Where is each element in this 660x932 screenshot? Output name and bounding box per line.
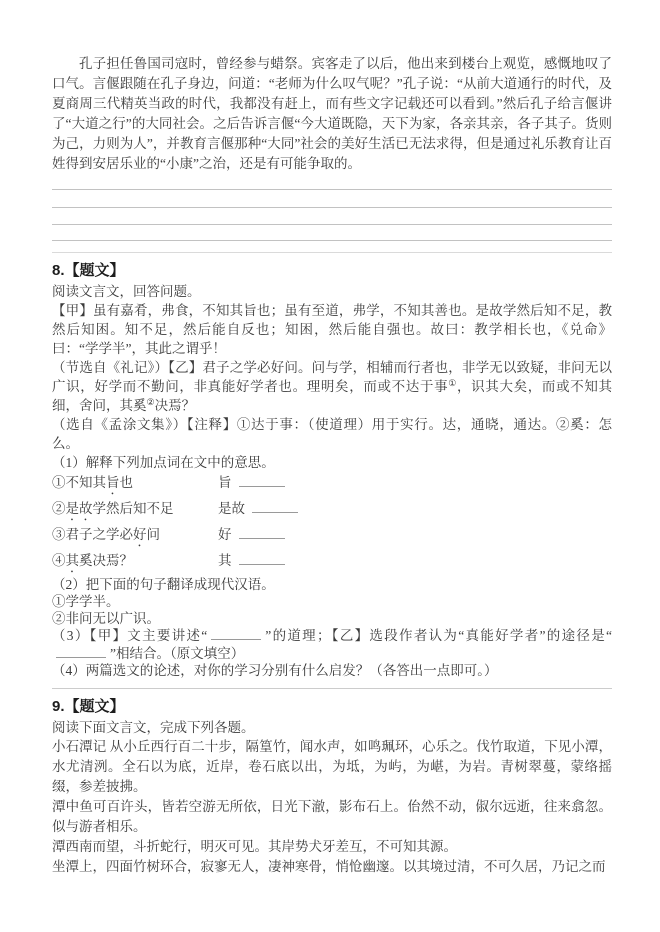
answer-line[interactable] <box>52 190 612 208</box>
answer-lines-block <box>52 180 612 253</box>
vocab-phrase-text: ③君子之学必 <box>52 527 133 542</box>
fill-blank[interactable] <box>56 646 106 658</box>
question-8-heading: 8.【题文】 <box>52 260 612 282</box>
document-page: 孔子担任鲁国司寇时，曾经参与蜡祭。宾客走了以后，他出来到楼台上观览，感慨地叹了口… <box>0 0 660 877</box>
q9-paragraph: 潭中鱼可百许头，皆若空游无所依，日光下澈，影布石上。佁然不动，俶尔远逝，往来翕忽… <box>52 797 612 837</box>
section-divider <box>52 688 612 689</box>
intro-paragraph: 孔子担任鲁国司寇时，曾经参与蜡祭。宾客走了以后，他出来到楼台上观览，感慨地叹了口… <box>52 54 612 174</box>
q9-paragraph-text: 从小丘西行百二十步，隔篁竹，闻水声，如鸣珮环，心乐之。伐竹取道，下见小潭，水尤清… <box>52 739 612 794</box>
question-8-instruction: 阅读文言文，回答问题。 <box>52 282 612 301</box>
q9-paragraph: 坐潭上，四面竹树环合，寂寥无人，凄神寒骨，悄怆幽邃。以其境过清，不可久居，乃记之… <box>52 857 612 877</box>
q9-paragraph: 小石潭记 从小丘西行百二十步，隔篁竹，闻水声，如鸣珮环，心乐之。伐竹取道，下见小… <box>52 737 612 797</box>
translate-sentence-1: ①学学半。 <box>52 593 612 610</box>
question-9-tag: 【题文】 <box>65 698 125 715</box>
question-9-number: 9. <box>52 698 65 715</box>
question-9-heading: 9.【题文】 <box>52 696 612 718</box>
vocab-phrase-text: ④ <box>52 553 66 568</box>
vocab-answer-blank[interactable] <box>239 475 285 487</box>
passage-title: 小石潭记 <box>52 739 106 754</box>
vocab-phrase-text: 学然后知不足 <box>93 501 174 516</box>
vocab-phrase-text: 奚决焉？ <box>79 553 133 568</box>
question-8-number: 8. <box>52 262 65 279</box>
vocab-answer-label: 其 <box>218 550 232 571</box>
answer-line[interactable] <box>52 225 612 241</box>
fill-blank[interactable] <box>211 628 261 640</box>
vocab-answer-label: 是故 <box>218 498 245 519</box>
vocab-dotted-char: 旨 <box>106 475 120 490</box>
footnote-marker-2: ② <box>147 397 155 407</box>
sub-question-4: （4）两篇选文的论述，对你的学习分别有什么启发？（各答出一点即可。） <box>52 662 612 680</box>
question-9-section: 9.【题文】 阅读下面文言文，完成下列各题。 小石潭记 从小丘西行百二十步，隔篁… <box>52 696 612 877</box>
vocab-row: ①不知其旨也 旨 <box>52 472 612 498</box>
vocab-phrase: ②是故学然后知不足 <box>52 498 218 524</box>
answer-line[interactable] <box>52 180 612 190</box>
sub-question-1-label: （1）解释下列加点词在文中的意思。 <box>52 453 612 472</box>
sub-question-3-text: （3）【甲】文主要讲述“ <box>52 628 207 643</box>
sub-question-2: （2）把下面的句子翻译成现代汉语。 ①学学半。 ②非问无以广识。 <box>52 576 612 627</box>
sub-question-3: （3）【甲】文主要讲述“”的道理；【乙】选段作者认为“真能好学者”的途径是“”相… <box>52 627 612 662</box>
question-8-tag: 【题文】 <box>65 262 125 279</box>
vocab-dotted-char: 好 <box>133 527 147 542</box>
vocab-phrase-text: ①不知其 <box>52 475 106 490</box>
vocab-phrase-text: 也 <box>120 475 134 490</box>
answer-line[interactable] <box>52 208 612 225</box>
vocab-phrase-text: 问 <box>147 527 161 542</box>
sub-question-3-text: ”的道理；【乙】选段作者认为“真能好学者”的途径是“ <box>265 628 612 643</box>
vocab-row: ④其奚决焉？ 其 <box>52 550 612 576</box>
footnote-marker-1: ① <box>448 378 457 388</box>
vocab-phrase: ①不知其旨也 <box>52 472 218 498</box>
answer-line[interactable] <box>52 241 612 253</box>
vocab-phrase: ③君子之学必好问 <box>52 524 218 550</box>
vocab-phrase: ④其奚决焉？ <box>52 550 218 576</box>
passage-yi: （节选自《礼记》）【乙】君子之学必好问。问与学，相辅而行者也，非学无以致疑，非问… <box>52 358 612 415</box>
vocab-row: ②是故学然后知不足 是故 <box>52 498 612 524</box>
vocab-phrase-text: ② <box>52 501 66 516</box>
vocab-answer-blank[interactable] <box>239 553 285 565</box>
vocab-answer-blank[interactable] <box>252 501 298 513</box>
sub-question-2-label: （2）把下面的句子翻译成现代汉语。 <box>52 576 612 593</box>
vocab-answer-blank[interactable] <box>239 527 285 539</box>
vocab-answer-label: 好 <box>218 524 232 545</box>
translate-sentence-2: ②非问无以广识。 <box>52 610 612 627</box>
passage-jia: 【甲】虽有嘉肴，弗食，不知其旨也；虽有至道，弗学，不知其善也。是故学然后知不足，… <box>52 301 612 358</box>
sub-question-3-text: ”相结合。（原文填空） <box>110 646 244 661</box>
passage-yi-text: 决焉？ <box>155 398 196 413</box>
vocab-row: ③君子之学必好问 好 <box>52 524 612 550</box>
vocab-dotted-char: 是故 <box>66 501 93 516</box>
q9-paragraph: 潭西南而望，斗折蛇行，明灭可见。其岸势犬牙差互，不可知其源。 <box>52 837 612 857</box>
question-8-section: 8.【题文】 阅读文言文，回答问题。 【甲】虽有嘉肴，弗食，不知其旨也；虽有至道… <box>52 260 612 680</box>
question-9-instruction: 阅读下面文言文，完成下列各题。 <box>52 718 612 737</box>
vocab-dotted-char: 其 <box>66 553 80 568</box>
vocab-answer-label: 旨 <box>218 472 232 493</box>
footnote-paragraph: （选自《孟涂文集》）【注释】①达于事：（使道理）用于实行。达，通晓，通达。②奚：… <box>52 415 612 453</box>
